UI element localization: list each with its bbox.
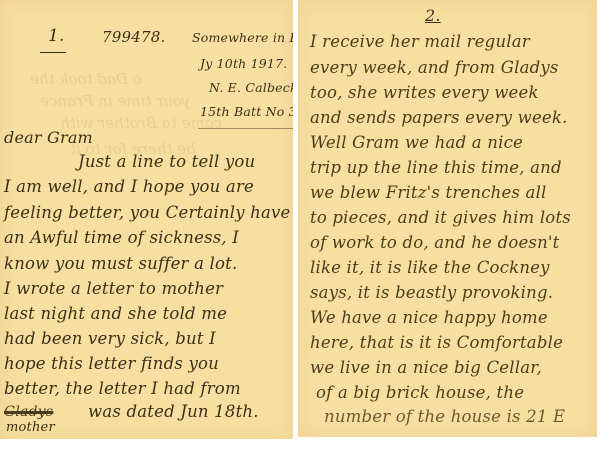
letter-line: like it, it is like the Cockney xyxy=(310,258,550,277)
letter-line: was dated Jun 18th. xyxy=(88,402,259,421)
letter-line: I wrote a letter to mother xyxy=(4,279,223,298)
letter-page-2: 2. I receive her mail regular every week… xyxy=(298,0,597,437)
letter-line: Well Gram we had a nice xyxy=(310,133,523,152)
regimental-number: 799478. xyxy=(102,28,165,46)
letter-line: I receive her mail regular xyxy=(310,32,530,51)
letter-line: we blew Fritz's trenches all xyxy=(310,183,547,202)
page-number: 1. xyxy=(48,26,65,46)
letter-line: last night and she told me xyxy=(4,304,227,323)
letter-line: we live in a nice big Cellar, xyxy=(310,358,542,377)
letter-line: Just a line to tell you xyxy=(78,152,255,171)
salutation: dear Gram xyxy=(4,128,93,147)
letter-line: number of the house is 21 E xyxy=(324,407,565,426)
letter-line: and sends papers every week. xyxy=(310,108,568,127)
page-number-underline xyxy=(40,52,66,53)
bleed-through-text: your time in France xyxy=(40,92,190,110)
struck-out-word: Gladys xyxy=(4,404,53,420)
letter-line: to pieces, and it gives him lots xyxy=(310,208,571,227)
correction-note: mother xyxy=(6,420,55,435)
letter-line: of work to do, and he doesn't xyxy=(310,233,560,252)
header-location: Somewhere in France xyxy=(192,30,293,45)
letter-line: trip up the line this time, and xyxy=(310,158,562,177)
letter-line: too, she writes every week xyxy=(310,83,539,102)
letter-line: an Awful time of sickness, I xyxy=(4,228,239,247)
letter-line: says, it is beastly provoking. xyxy=(310,283,553,302)
header-date: Jy 10th 1917. xyxy=(200,56,287,71)
letter-line: here, that is it is Comfortable xyxy=(310,333,563,352)
letter-line: better, the letter I had from xyxy=(4,379,241,398)
letter-line: every week, and from Gladys xyxy=(310,58,559,77)
bleed-through-text: o Dad took the xyxy=(30,70,142,88)
page-number: 2. xyxy=(425,6,441,25)
letter-line: had been very sick, but I xyxy=(4,329,216,348)
letter-line: I am well, and I hope you are xyxy=(4,177,254,196)
letter-line: of a big brick house, the xyxy=(316,383,524,402)
letter-line: hope this letter finds you xyxy=(4,354,219,373)
letter-line: feeling better, you Certainly have xyxy=(4,203,291,222)
letter-line: We have a nice happy home xyxy=(310,308,548,327)
letter-page-1: o Dad took the your time in France came … xyxy=(0,0,293,439)
header-unit: 15th Batt No 3 Co xyxy=(200,104,293,119)
header-name: N. E. Calbeck xyxy=(209,80,293,95)
header-underline xyxy=(198,128,293,129)
letter-line: know you must suffer a lot. xyxy=(4,254,237,273)
